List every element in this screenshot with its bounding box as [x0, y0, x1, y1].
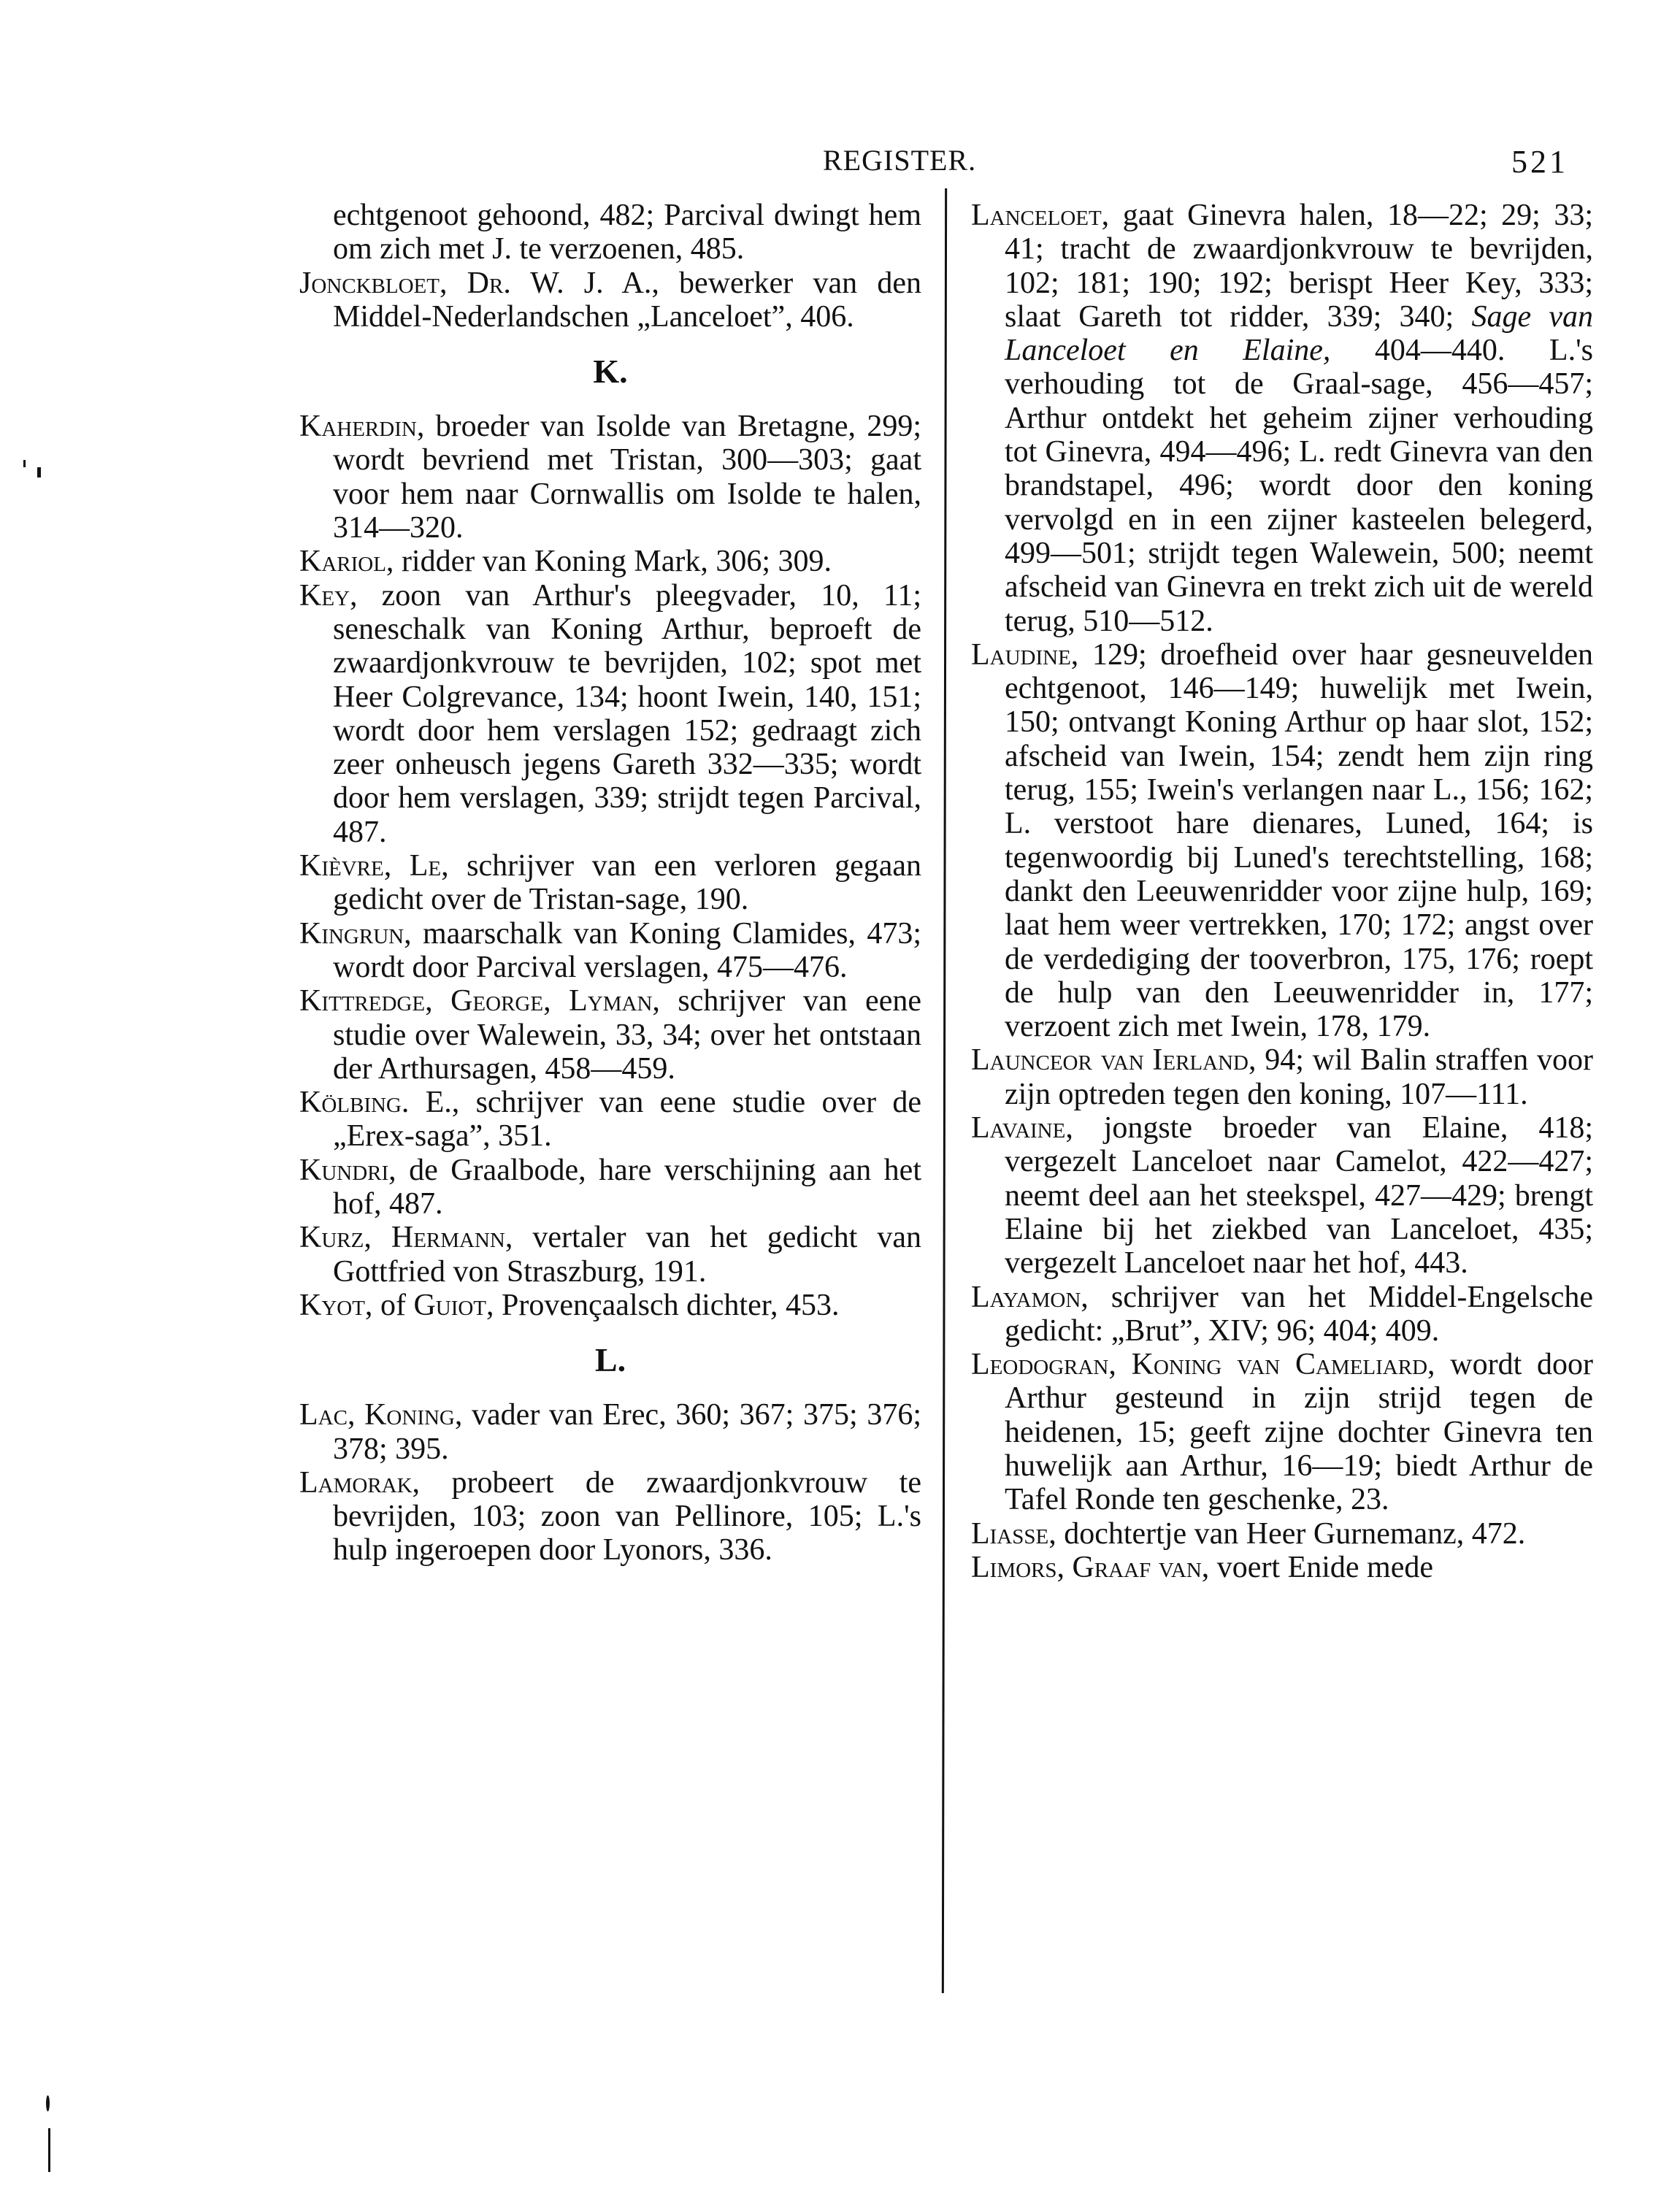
index-entry-liasse: Liasse, dochtertje van Heer Gurnemanz, 4…	[971, 1517, 1593, 1551]
entry-head: Lanceloet,	[971, 199, 1109, 232]
running-head: REGISTER. 521	[0, 143, 1680, 187]
scan-speck	[48, 2128, 50, 2172]
entry-head: Kyot,	[299, 1289, 372, 1322]
scan-speck	[37, 467, 41, 477]
index-entry-layamon: Layamon, schrijver van het Middel-Engels…	[971, 1281, 1593, 1348]
index-entry-key: Key, zoon van Arthur's pleegvader, 10, 1…	[299, 579, 921, 849]
entry-text: ridder van Koning Mark, 306; 309.	[394, 545, 832, 578]
index-entry-launceor: Launceor van Ierland, 94; wil Balin stra…	[971, 1043, 1593, 1111]
index-entry-limors: Limors, Graaf van, voert Enide mede	[971, 1551, 1593, 1584]
index-entry-laudine: Laudine, 129; droefheid over haar gesneu…	[971, 638, 1593, 1044]
entry-head: Kölbing. E.,	[299, 1086, 459, 1119]
entry-head: Kièvre, Le,	[299, 849, 449, 883]
entry-head: Limors, Graaf van,	[971, 1551, 1209, 1584]
index-entry-lanceloet: Lanceloet, gaat Ginevra halen, 18—22; 29…	[971, 199, 1593, 638]
section-letter-l: L.	[299, 1338, 921, 1382]
index-entry-kundri: Kundri, de Graalbode, hare verschijning …	[299, 1154, 921, 1221]
entry-head: Kariol,	[299, 545, 394, 578]
entry-head: Leodogran, Koning van Cameliard,	[971, 1348, 1435, 1381]
entry-head: Kurz, Hermann,	[299, 1221, 513, 1254]
entry-head: Kittredge, George, Lyman,	[299, 984, 660, 1018]
entry-text: 404—440. L.'s verhouding tot de Graal-sa…	[1005, 334, 1593, 637]
entry-head-alt: Guiot,	[413, 1289, 494, 1322]
index-entry-kyot: Kyot, of Guiot, Provençaalsch dichter, 4…	[299, 1289, 921, 1322]
index-entry-kaherdin: Kaherdin, broeder van Isolde van Bretagn…	[299, 410, 921, 545]
scan-speck	[46, 2095, 50, 2111]
entry-head: Liasse,	[971, 1517, 1056, 1551]
entry-head: Lamorak,	[299, 1466, 420, 1500]
entry-text: 129; droefheid over haar gesneuvelden ec…	[1005, 638, 1593, 1043]
entry-head: Lavaine,	[971, 1111, 1073, 1145]
index-entry-kingrun: Kingrun, maarschalk van Koning Clamides,…	[299, 917, 921, 985]
right-column: Lanceloet, gaat Ginevra halen, 18—22; 29…	[971, 199, 1593, 1584]
entry-head: Lac, Koning,	[299, 1398, 462, 1432]
index-entry-jonckbloet: Jonckbloet, Dr. W. J. A., bewerker van d…	[299, 266, 921, 334]
entry-text: jongste broeder van Elaine, 418; vergeze…	[1005, 1111, 1593, 1280]
entry-text: Provençaalsch dichter, 453.	[494, 1289, 840, 1322]
entry-head: Jonckbloet, Dr. W. J. A.,	[299, 266, 659, 300]
entry-text: de Graalbode, hare verschijning aan het …	[333, 1154, 921, 1221]
entry-head: Kingrun,	[299, 917, 412, 951]
entry-text: maarschalk van Koning Clamides, 473; wor…	[333, 917, 921, 984]
entry-head: Key,	[299, 579, 358, 613]
left-column: echtgenoot gehoond, 482; Parcival dwingt…	[299, 199, 921, 1568]
entry-head: Laudine,	[971, 638, 1078, 672]
index-entry-kolbing: Kölbing. E., schrijver van eene studie o…	[299, 1086, 921, 1154]
scan-speck	[23, 460, 26, 467]
entry-head: Kaherdin,	[299, 410, 424, 443]
index-entry-kittredge: Kittredge, George, Lyman, schrijver van …	[299, 984, 921, 1086]
entry-head: Launceor van Ierland,	[971, 1043, 1256, 1077]
index-entry-lamorak: Lamorak, probeert de zwaardjonkvrouw te …	[299, 1466, 921, 1568]
index-entry-leodogran: Leodogran, Koning van Cameliard, wordt d…	[971, 1348, 1593, 1516]
entry-text: schrijver van het Middel-Engelsche gedic…	[1005, 1281, 1593, 1348]
section-letter-k: K.	[299, 350, 921, 394]
running-title: REGISTER.	[823, 143, 976, 177]
entry-text: dochtertje van Heer Gurnemanz, 472.	[1056, 1517, 1526, 1551]
index-entry-kievre: Kièvre, Le, schrijver van een verloren g…	[299, 849, 921, 917]
entry-text: voert Enide mede	[1209, 1551, 1433, 1584]
entry-text: of	[372, 1289, 413, 1322]
index-entry-lac: Lac, Koning, vader van Erec, 360; 367; 3…	[299, 1398, 921, 1466]
entry-head: Kundri,	[299, 1154, 396, 1187]
entry-head: Layamon,	[971, 1281, 1089, 1314]
index-entry-lavaine: Lavaine, jongste broeder van Elaine, 418…	[971, 1111, 1593, 1280]
index-entry-kurz: Kurz, Hermann, vertaler van het gedicht …	[299, 1221, 921, 1289]
page-number: 521	[1511, 143, 1568, 180]
entry-text: probeert de zwaardjonkvrouw te bevrijden…	[333, 1466, 921, 1568]
column-divider	[942, 188, 947, 1993]
entry-text: zoon van Arthur's pleegvader, 10, 11; se…	[333, 579, 921, 849]
continued-entry: echtgenoot gehoond, 482; Parcival dwingt…	[299, 199, 921, 266]
index-entry-kariol: Kariol, ridder van Koning Mark, 306; 309…	[299, 545, 921, 578]
